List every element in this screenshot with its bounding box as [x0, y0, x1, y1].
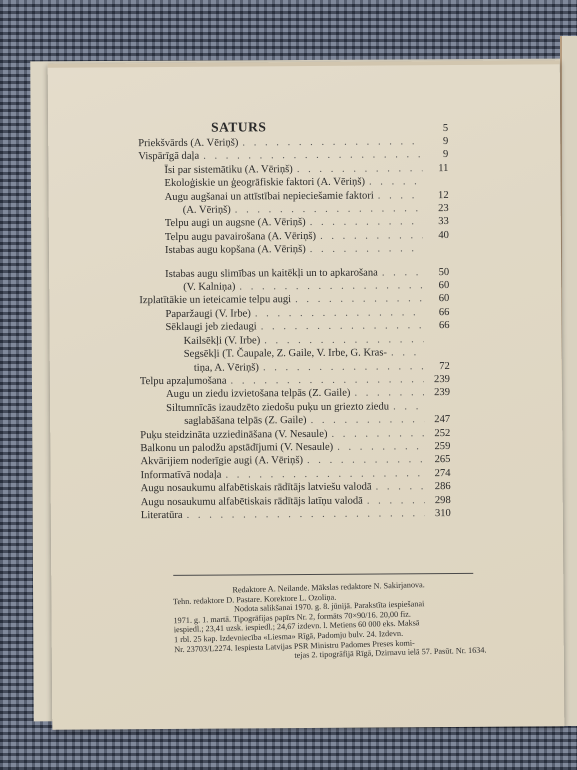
toc-dot-leader: . . . . . . . . . . . . . . . . . . . . …	[257, 319, 424, 334]
toc-entry-label: Kailsēkļi (V. Irbe)	[184, 334, 261, 348]
toc-entry-label: Balkonu un palodžu apstādījumi (V. Nesau…	[140, 441, 333, 456]
toc-entry-label: Paparžaugi (V. Irbe)	[165, 307, 250, 321]
toc-entry-label: Istabas augu kopšana (A. Vēriņš)	[165, 243, 306, 257]
toc-entry-label: Segsēkļi (T. Čaupale, Z. Gaile, V. Irbe,…	[184, 347, 387, 362]
toc-dot-leader: . . . . . . . . . . . . . . . . . . . . …	[231, 202, 423, 217]
toc-page-number: 259	[424, 440, 450, 454]
toc-page-number: 12	[423, 189, 449, 203]
table-of-contents: SATURS 5 Priekšvārds (A. Vēriņš). . . . …	[138, 119, 451, 523]
toc-page-number: 66	[423, 319, 449, 333]
toc-page-number: 60	[423, 292, 449, 306]
toc-dot-leader: . . . . . . . . . . . . . . . . . . . . …	[259, 360, 424, 375]
toc-dot-leader: . . . . . . . . . . . . . . . . . . . . …	[350, 386, 424, 400]
toc-page-number: 50	[423, 266, 449, 280]
toc-page-number: 274	[425, 467, 451, 481]
toc-page-number: 40	[423, 229, 449, 243]
toc-dot-leader: . . . . . . . . . . . . . . . . . . . . …	[387, 346, 424, 360]
toc-page-number: 33	[423, 215, 449, 229]
toc-page-number: 60	[423, 279, 449, 293]
toc-entry-label: Telpu apzaļumošana	[140, 374, 227, 388]
toc-dot-leader: . . . . . . . . . . . . . . . . . . . . …	[291, 293, 423, 307]
toc-dot-leader: . . . . . . . . . . . . . . . . . . . . …	[365, 175, 423, 189]
toc-page-number: 23	[423, 202, 449, 216]
toc-dot-leader: . . . . . . . . . . . . . . . . . . . . …	[307, 413, 425, 427]
toc-dot-leader: . . . . . . . . . . . . . . . . . . . . …	[374, 189, 423, 203]
page-title: SATURS	[211, 120, 266, 136]
toc-entry-label: Izplatītākie un ieteicamie telpu augi	[139, 294, 291, 308]
toc-dot-leader: . . . . . . . . . . . . . . . . . . . . …	[389, 400, 424, 414]
toc-dot-leader: . . . . . . . . . . . . . . . . . . . . …	[235, 279, 423, 294]
toc-page-number: 247	[424, 413, 450, 427]
toc-entry-label: Sēklaugi jeb ziedaugi	[165, 321, 256, 335]
toc-entry-label: Priekšvārds (A. Vēriņš)	[138, 136, 238, 150]
toc-entry-label: Īsi par sistemātiku (A. Vēriņš)	[164, 163, 292, 177]
toc-list: Priekšvārds (A. Vēriņš). . . . . . . . .…	[138, 135, 451, 523]
toc-dot-leader: . . . . . . . . . . . . . . . . . . . . …	[333, 440, 424, 454]
toc-entry-label: Augu un ziedu izvietošana telpās (Z. Gai…	[166, 387, 351, 402]
toc-page-number: 265	[424, 453, 450, 467]
toc-dot-leader: . . . . . . . . . . . . . . . . . . . . …	[183, 507, 425, 522]
toc-entry-label: Literatūra	[141, 509, 183, 523]
toc-dot-leader: . . . . . . . . . . . . . . . . . . . . …	[363, 494, 425, 508]
toc-dot-leader: . . . . . . . . . . . . . . . . . . . . …	[221, 467, 424, 482]
toc-dot-leader: . . . . . . . . . . . . . . . . . . . . …	[306, 216, 423, 230]
toc-dot-leader: . . . . . . . . . . . . . . . . . . . . …	[238, 135, 422, 150]
toc-page-number: 252	[424, 427, 450, 441]
toc-entry-label: Informatīvā nodaļa	[141, 468, 222, 482]
toc-page-number: 298	[425, 494, 451, 508]
toc-dot-leader: . . . . . . . . . . . . . . . . . . . . …	[293, 162, 423, 176]
toc-entry-label: (V. Kalniņa)	[183, 281, 235, 295]
toc-dot-leader: . . . . . . . . . . . . . . . . . . . . …	[378, 266, 423, 280]
toc-dot-leader: . . . . . . . . . . . . . . . . . . . . …	[260, 333, 423, 348]
toc-dot-leader: . . . . . . . . . . . . . . . . . . . . …	[372, 480, 425, 494]
toc-entry-label: Ekoloģiskie un ģeogrāfiskie faktori (A. …	[164, 176, 365, 191]
toc-dot-leader: . . . . . . . . . . . . . . . . . . . . …	[226, 373, 423, 388]
toc-entry-label: (A. Vēriņš)	[183, 204, 231, 218]
toc-dot-leader: . . . . . . . . . . . . . . . . . . . . …	[306, 242, 423, 256]
toc-entry-label: saglabāšana telpās (Z. Gaile)	[184, 414, 306, 428]
toc-entry: Literatūra. . . . . . . . . . . . . . . …	[141, 507, 451, 523]
colophon: Redaktore A. Neilande. Mākslas redaktore…	[173, 579, 487, 664]
toc-entry-label: Telpu augu pavairošana (A. Vēriņš)	[165, 230, 316, 244]
toc-page-number: 9	[422, 135, 448, 149]
toc-dot-leader: . . . . . . . . . . . . . . . . . . . . …	[327, 427, 424, 441]
toc-page-number: 286	[425, 480, 451, 494]
toc-page-number: 72	[424, 359, 450, 373]
book-page: SATURS 5 Priekšvārds (A. Vēriņš). . . . …	[48, 60, 565, 730]
toc-dot-leader: . . . . . . . . . . . . . . . . . . . . …	[251, 306, 424, 321]
colophon-divider	[173, 573, 473, 576]
toc-dot-leader: . . . . . . . . . . . . . . . . . . . . …	[303, 454, 425, 468]
toc-entry-label: tiņa, A. Vēriņš)	[194, 361, 259, 375]
toc-page-number: 310	[425, 507, 451, 521]
toc-page-number: 239	[424, 386, 450, 400]
toc-dot-leader: . . . . . . . . . . . . . . . . . . . . …	[316, 229, 423, 243]
toc-entry-label: Puķu steidzināta uzziedināšana (V. Nesau…	[140, 427, 327, 442]
toc-page-number: 5	[422, 122, 448, 136]
toc-entry-label: Vispārīgā daļa	[138, 150, 199, 164]
toc-page-number: 11	[422, 162, 448, 176]
toc-page-number: 66	[423, 306, 449, 320]
toc-entry: Istabas augu kopšana (A. Vēriņš). . . . …	[139, 242, 449, 258]
toc-page-number: 239	[424, 373, 450, 387]
toc-entry-label: Akvārijiem noderīgie augi (A. Vēriņš)	[140, 454, 303, 469]
toc-entry-label: Telpu augi un augsne (A. Vēriņš)	[165, 216, 306, 230]
toc-page-number: 9	[422, 148, 448, 162]
